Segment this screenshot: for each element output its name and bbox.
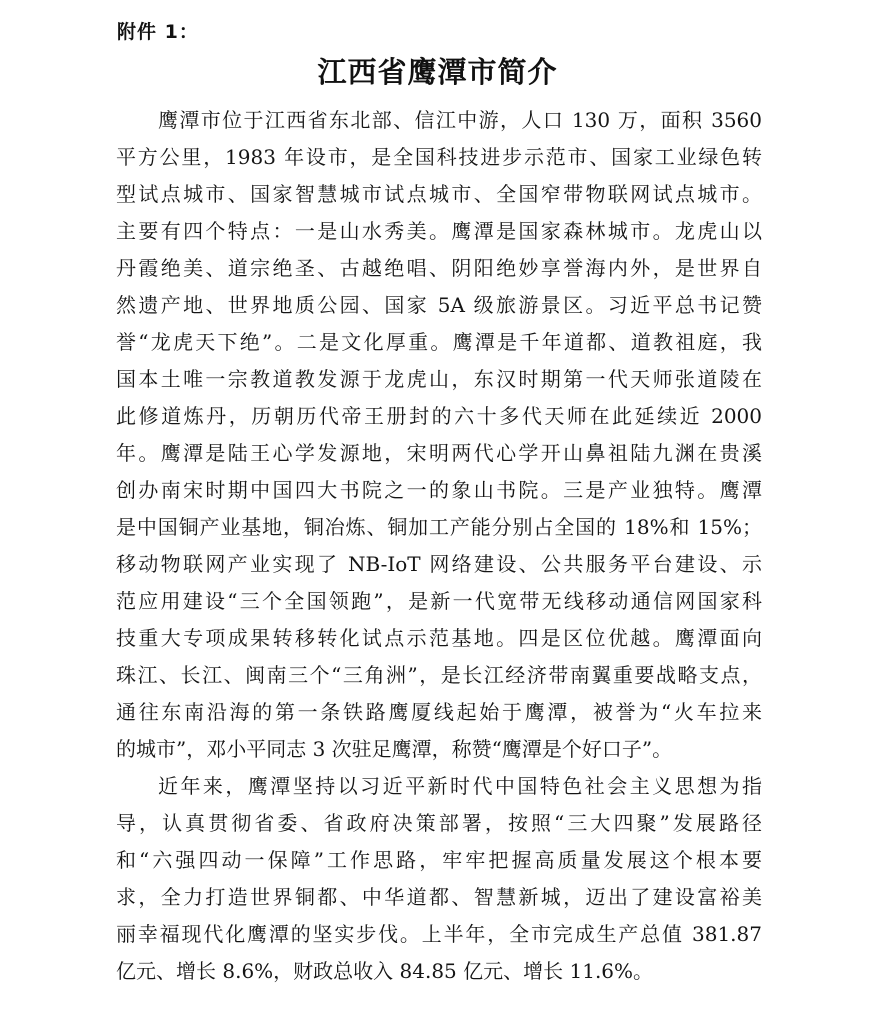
paragraph-line: 创办南宋时期中国四大书院之一的象山书院。三是产业独特。鹰潭 bbox=[116, 475, 762, 505]
paragraph-line: 是中国铜产业基地，铜冶炼、铜加工产能分别占全国的 18%和 15%； bbox=[116, 512, 762, 542]
paragraph-line: 导，认真贯彻省委、省政府决策部署，按照“三大四聚”发展路径 bbox=[116, 808, 762, 838]
paragraph-line: 誉“龙虎天下绝”。二是文化厚重。鹰潭是千年道都、道教祖庭，我 bbox=[116, 327, 762, 357]
paragraph-line: 国本土唯一宗教道教发源于龙虎山，东汉时期第一代天师张道陵在 bbox=[116, 364, 762, 394]
paragraph-line: 主要有四个特点：一是山水秀美。鹰潭是国家森林城市。龙虎山以 bbox=[116, 216, 762, 246]
document-page: 附件 1： 江西省鹰潭市简介 鹰潭市位于江西省东北部、信江中游，人口 130 万… bbox=[0, 0, 875, 1013]
paragraph-line: 鹰潭市位于江西省东北部、信江中游，人口 130 万，面积 3560 bbox=[158, 105, 762, 135]
paragraph-line: 求，全力打造世界铜都、中华道都、智慧新城，迈出了建设富裕美 bbox=[116, 882, 762, 912]
paragraph-line: 和“六强四动一保障”工作思路，牢牢把握高质量发展这个根本要 bbox=[116, 845, 762, 875]
paragraph-line: 通往东南沿海的第一条铁路鹰厦线起始于鹰潭，被誉为“火车拉来 bbox=[116, 697, 762, 727]
paragraph-line: 丽幸福现代化鹰潭的坚实步伐。上半年，全市完成生产总值 381.87 bbox=[116, 919, 762, 949]
paragraph-line: 移动物联网产业实现了 NB-IoT 网络建设、公共服务平台建设、示 bbox=[116, 549, 762, 579]
paragraph-line: 亿元、增长 8.6%，财政总收入 84.85 亿元、增长 11.6%。 bbox=[116, 956, 762, 986]
paragraph-line: 近年来，鹰潭坚持以习近平新时代中国特色社会主义思想为指 bbox=[158, 771, 762, 801]
paragraph-line: 珠江、长江、闽南三个“三角洲”，是长江经济带南翼重要战略支点， bbox=[116, 660, 762, 690]
paragraph-line: 范应用建设“三个全国领跑”，是新一代宽带无线移动通信网国家科 bbox=[116, 586, 762, 616]
paragraph-line: 此修道炼丹，历朝历代帝王册封的六十多代天师在此延续近 2000 bbox=[116, 401, 762, 431]
attachment-label: 附件 1： bbox=[117, 20, 199, 44]
document-title: 江西省鹰潭市简介 bbox=[0, 52, 875, 92]
paragraph-line: 丹霞绝美、道宗绝圣、古越绝唱、阴阳绝妙享誉海内外，是世界自 bbox=[116, 253, 762, 283]
paragraph-line: 平方公里，1983 年设市，是全国科技进步示范市、国家工业绿色转 bbox=[116, 142, 762, 172]
paragraph-line: 年。鹰潭是陆王心学发源地，宋明两代心学开山鼻祖陆九渊在贵溪 bbox=[116, 438, 762, 468]
paragraph-line: 型试点城市、国家智慧城市试点城市、全国窄带物联网试点城市。 bbox=[116, 179, 762, 209]
paragraph-line: 的城市”，邓小平同志 3 次驻足鹰潭，称赞“鹰潭是个好口子”。 bbox=[116, 734, 762, 764]
paragraph-line: 然遗产地、世界地质公园、国家 5A 级旅游景区。习近平总书记赞 bbox=[116, 290, 762, 320]
paragraph-line: 技重大专项成果转移转化试点示范基地。四是区位优越。鹰潭面向 bbox=[116, 623, 762, 653]
